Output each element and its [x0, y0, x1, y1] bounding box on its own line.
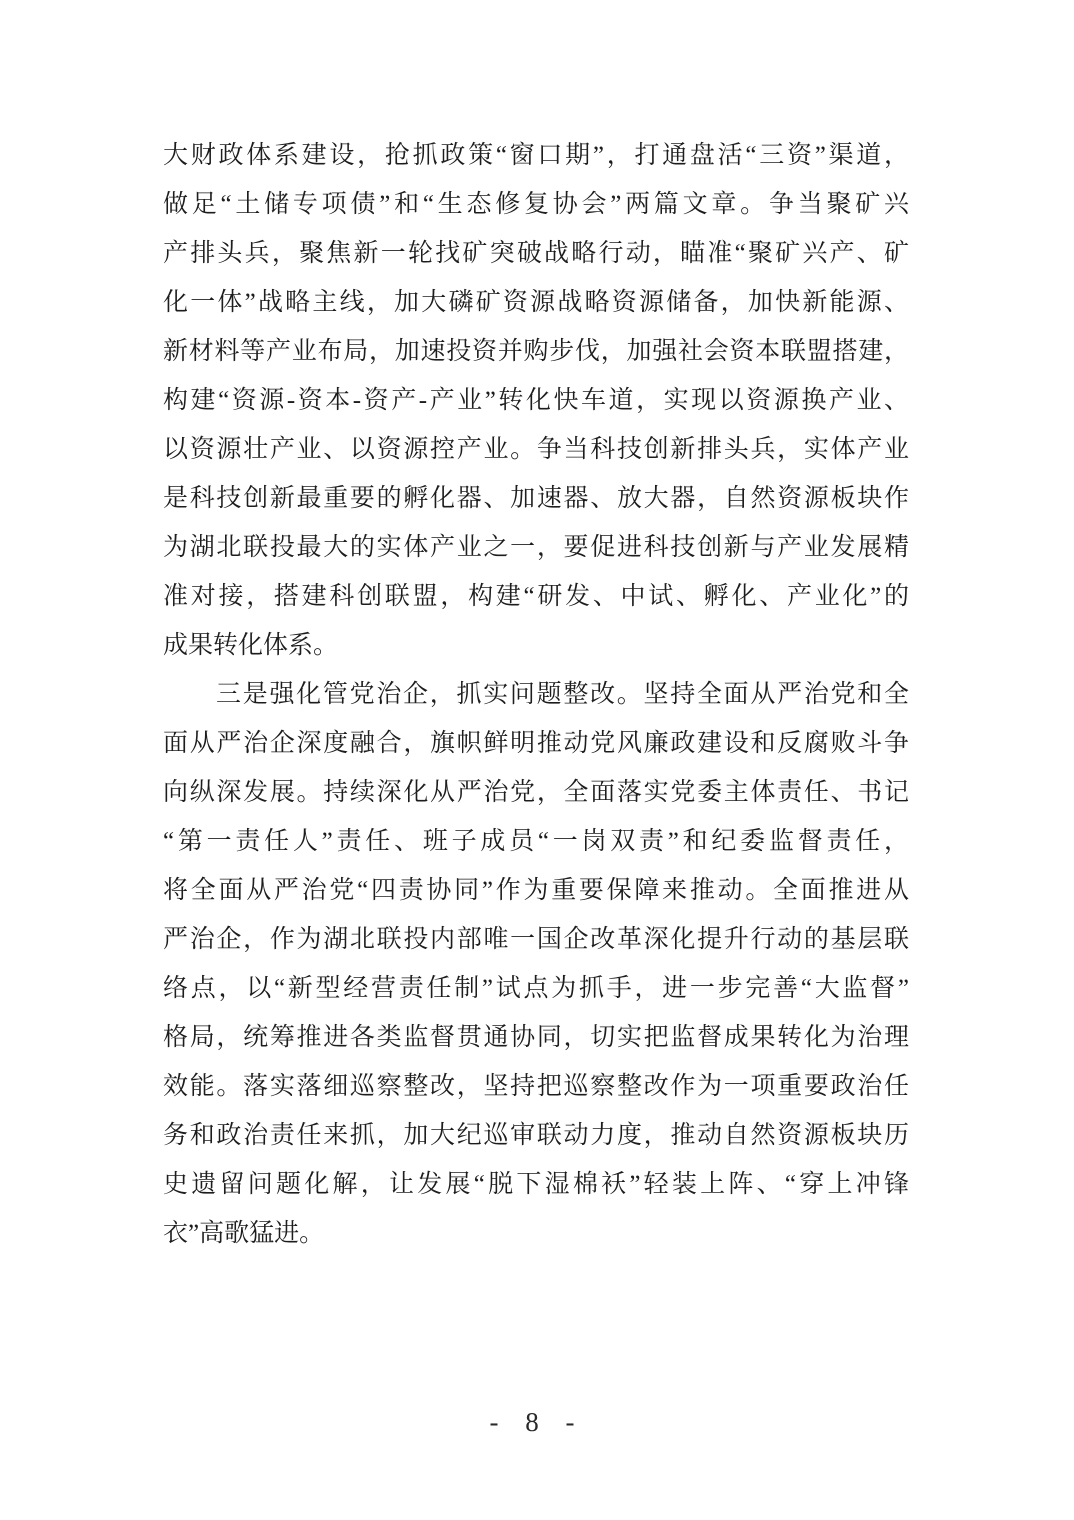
document-page: 大财政体系建设，抢抓政策“窗口期”，打通盘活“三资”渠道， 做足“土储专项债”和…	[0, 0, 1074, 1520]
text-line: 严治企，作为湖北联投内部唯一国企改革深化提升行动的基层联	[163, 915, 909, 964]
text-line: 面从严治企深度融合，旗帜鲜明推动党风廉政建设和反腐败斗争	[163, 719, 909, 768]
text-line: 新材料等产业布局，加速投资并购步伐，加强社会资本联盟搭建，	[163, 327, 909, 376]
text-line: 络点，以“新型经营责任制”试点为抓手，进一步完善“大监督”	[163, 964, 909, 1013]
text-line: 将全面从严治党“四责协同”作为重要保障来推动。全面推进从	[163, 866, 909, 915]
text-line: 史遗留问题化解，让发展“脱下湿棉袄”轻装上阵、“穿上冲锋	[163, 1160, 909, 1209]
text-line: 准对接，搭建科创联盟，构建“研发、中试、孵化、产业化”的	[163, 572, 909, 621]
text-line: 大财政体系建设，抢抓政策“窗口期”，打通盘活“三资”渠道，	[163, 131, 909, 180]
text-line: 三是强化管党治企，抓实问题整改。坚持全面从严治党和全	[163, 670, 909, 719]
page-number: - 8 -	[0, 1400, 1074, 1444]
text-line: 以资源壮产业、以资源控产业。争当科技创新排头兵，实体产业	[163, 425, 909, 474]
text-line: “第一责任人”责任、班子成员“一岗双责”和纪委监督责任，	[163, 817, 909, 866]
text-line: 务和政治责任来抓，加大纪巡审联动力度，推动自然资源板块历	[163, 1111, 909, 1160]
text-line: 是科技创新最重要的孵化器、加速器、放大器，自然资源板块作	[163, 474, 909, 523]
text-line: 产排头兵，聚焦新一轮找矿突破战略行动，瞄准“聚矿兴产、矿	[163, 229, 909, 278]
text-line: 做足“土储专项债”和“生态修复协会”两篇文章。争当聚矿兴	[163, 180, 909, 229]
paragraph-2: 三是强化管党治企，抓实问题整改。坚持全面从严治党和全 面从严治企深度融合，旗帜鲜…	[163, 670, 909, 1258]
paragraph-1: 大财政体系建设，抢抓政策“窗口期”，打通盘活“三资”渠道， 做足“土储专项债”和…	[163, 131, 909, 670]
text-line: 向纵深发展。持续深化从严治党，全面落实党委主体责任、书记	[163, 768, 909, 817]
text-line: 为湖北联投最大的实体产业之一，要促进科技创新与产业发展精	[163, 523, 909, 572]
text-line: 成果转化体系。	[163, 621, 909, 670]
text-line: 效能。落实落细巡察整改，坚持把巡察整改作为一项重要政治任	[163, 1062, 909, 1111]
text-line: 构建“资源-资本-资产-产业”转化快车道，实现以资源换产业、	[163, 376, 909, 425]
document-body: 大财政体系建设，抢抓政策“窗口期”，打通盘活“三资”渠道， 做足“土储专项债”和…	[163, 131, 909, 1258]
text-line: 化一体”战略主线，加大磷矿资源战略资源储备，加快新能源、	[163, 278, 909, 327]
text-line: 格局，统筹推进各类监督贯通协同，切实把监督成果转化为治理	[163, 1013, 909, 1062]
text-line: 衣”高歌猛进。	[163, 1209, 909, 1258]
